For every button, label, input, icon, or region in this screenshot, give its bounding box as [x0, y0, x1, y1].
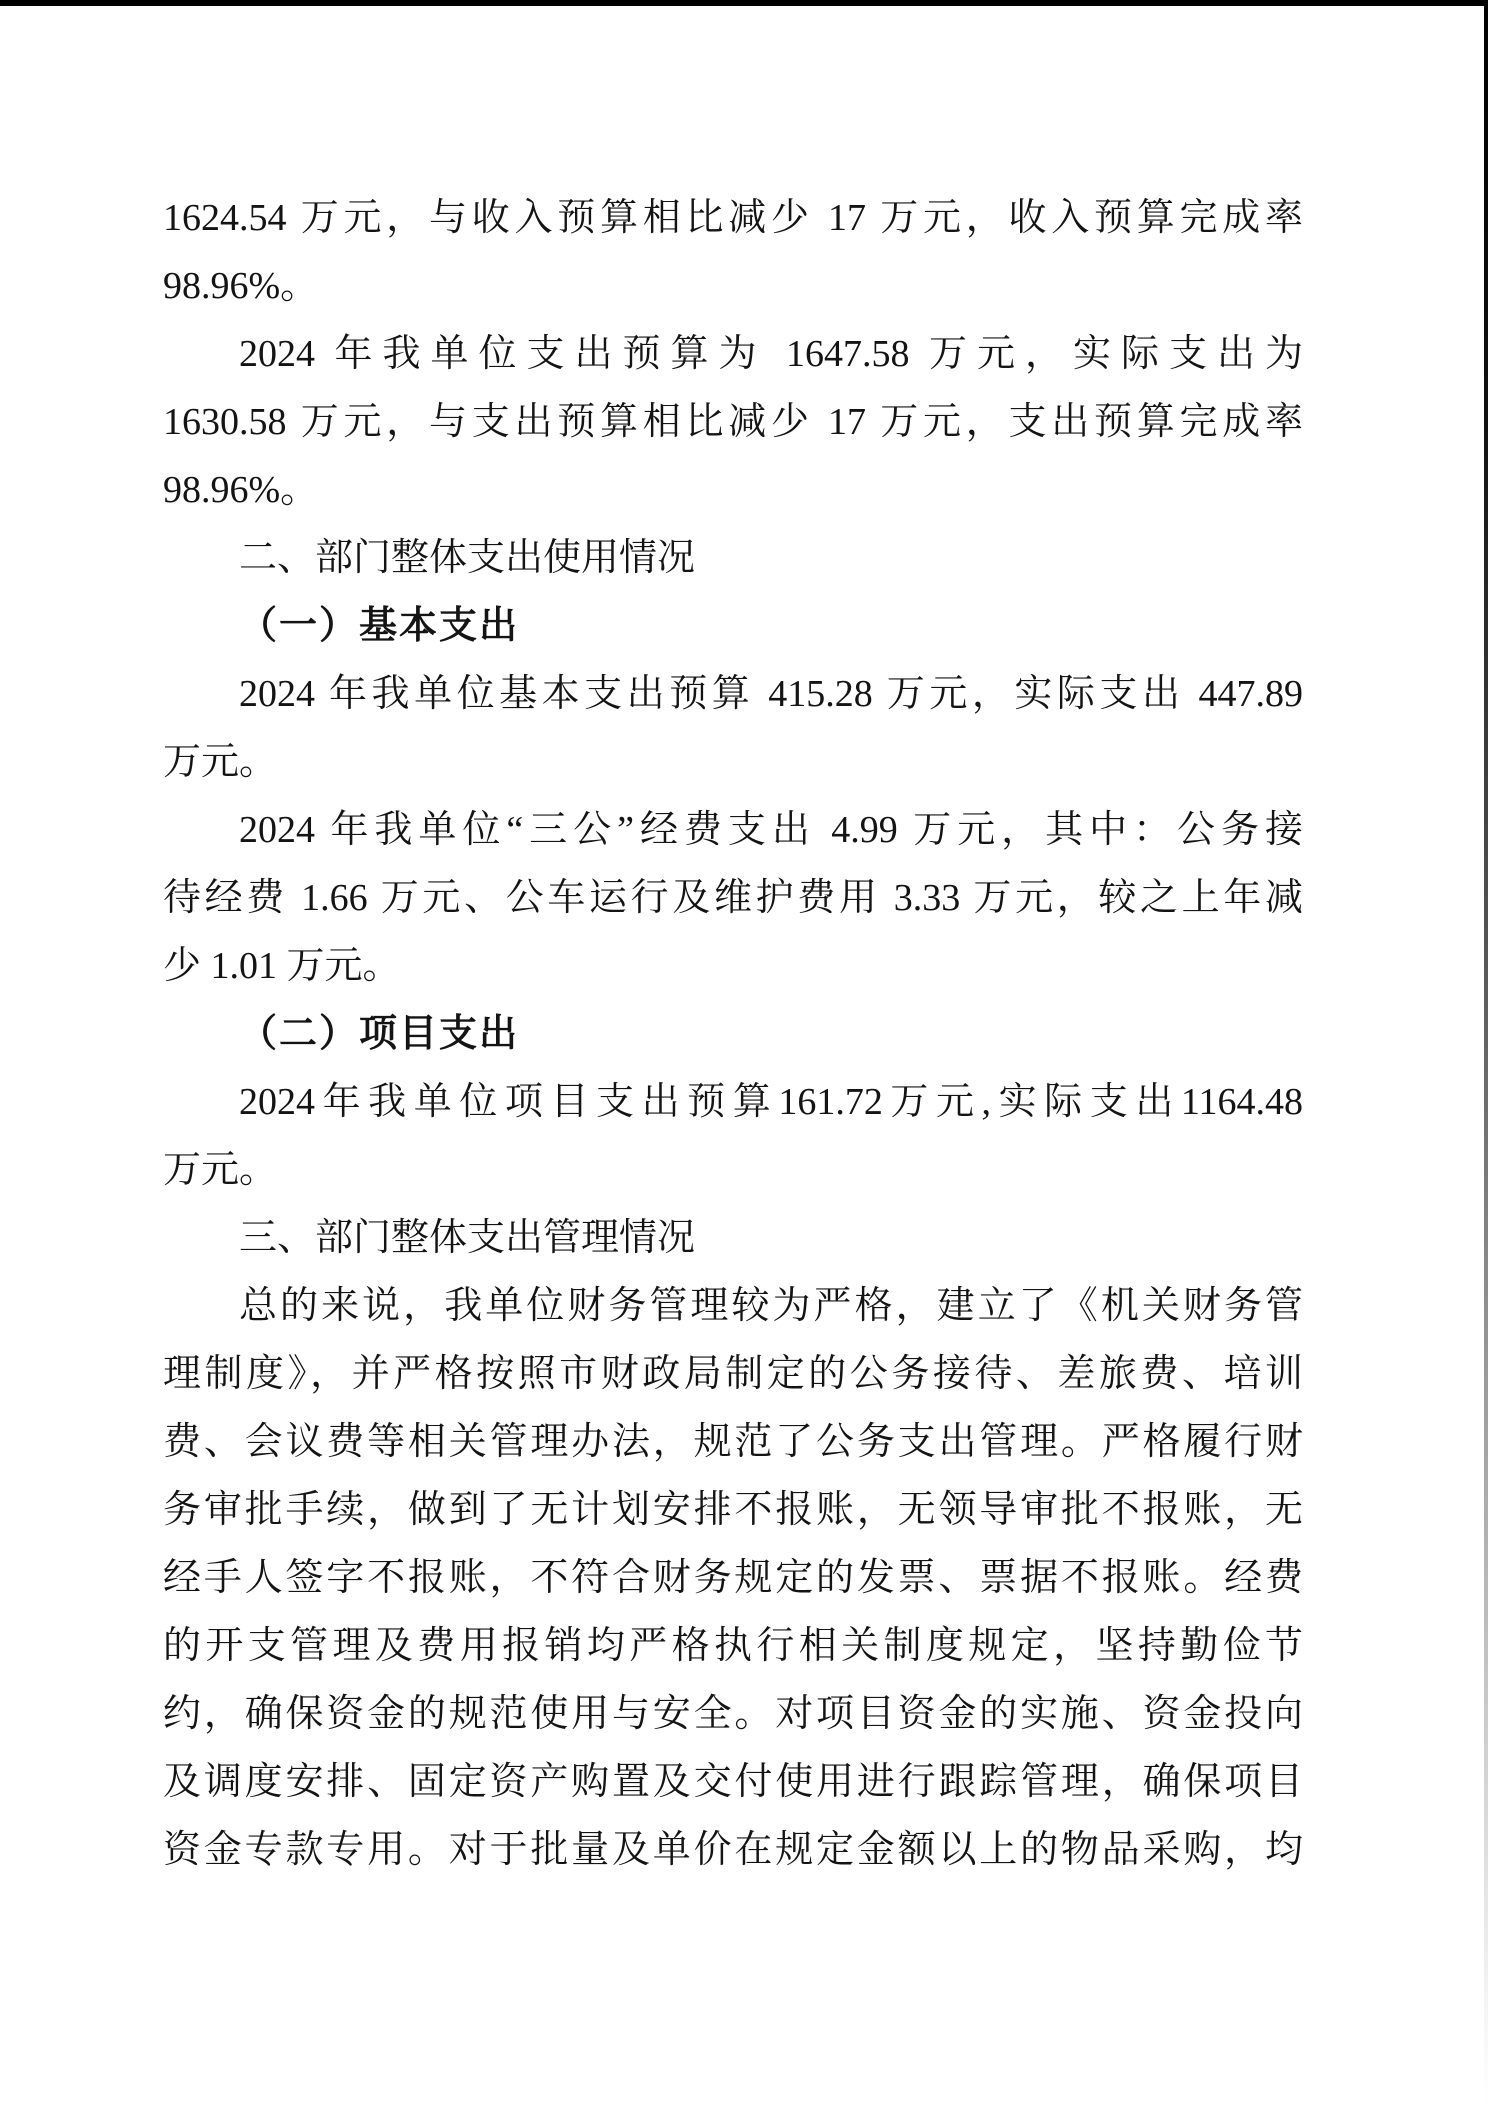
- text-line: 资金专款专用。对于批量及单价在规定金额以上的物品采购，均: [163, 1816, 1303, 1884]
- text-line: 2024年我单位项目支出预算161.72万元,实际支出1164.48: [163, 1068, 1303, 1136]
- scan-edge-top: [0, 0, 1488, 6]
- text-line: 少 1.01 万元。: [163, 932, 1303, 1000]
- text-line: 三、部门整体支出管理情况: [163, 1204, 1303, 1272]
- text-line: 1624.54 万元，与收入预算相比减少 17 万元，收入预算完成率: [163, 184, 1303, 252]
- text-line: 98.96%。: [163, 456, 1303, 524]
- text-line: 总的来说，我单位财务管理较为严格，建立了《机关财务管: [163, 1272, 1303, 1340]
- text-line: 理制度》，并严格按照市财政局制定的公务接待、差旅费、培训: [163, 1340, 1303, 1408]
- text-line: 约，确保资金的规范使用与安全。对项目资金的实施、资金投向: [163, 1680, 1303, 1748]
- text-line: 2024 年我单位“三公”经费支出 4.99 万元，其中：公务接: [163, 796, 1303, 864]
- heading-line: （二）项目支出: [163, 1000, 1303, 1068]
- text-line: 待经费 1.66 万元、公车运行及维护费用 3.33 万元，较之上年减: [163, 864, 1303, 932]
- text-line: 万元。: [163, 1136, 1303, 1204]
- text-line: 98.96%。: [163, 252, 1303, 320]
- text-line: 费、会议费等相关管理办法，规范了公务支出管理。严格履行财: [163, 1408, 1303, 1476]
- text-line: 经手人签字不报账，不符合财务规定的发票、票据不报账。经费: [163, 1544, 1303, 1612]
- heading-line: （一）基本支出: [163, 592, 1303, 660]
- text-line: 万元。: [163, 728, 1303, 796]
- text-line: 及调度安排、固定资产购置及交付使用进行跟踪管理，确保项目: [163, 1748, 1303, 1816]
- text-line: 2024 年我单位基本支出预算 415.28 万元，实际支出 447.89: [163, 660, 1303, 728]
- scan-edge-right: [1484, 0, 1488, 2104]
- text-line: 的开支管理及费用报销均严格执行相关制度规定，坚持勤俭节: [163, 1612, 1303, 1680]
- text-line: 二、部门整体支出使用情况: [163, 524, 1303, 592]
- text-line: 2024 年我单位支出预算为 1647.58 万元，实际支出为: [163, 320, 1303, 388]
- document-page: 1624.54 万元，与收入预算相比减少 17 万元，收入预算完成率98.96%…: [0, 0, 1488, 2104]
- document-body: 1624.54 万元，与收入预算相比减少 17 万元，收入预算完成率98.96%…: [163, 184, 1303, 1884]
- text-line: 1630.58 万元，与支出预算相比减少 17 万元，支出预算完成率: [163, 388, 1303, 456]
- text-line: 务审批手续，做到了无计划安排不报账，无领导审批不报账，无: [163, 1476, 1303, 1544]
